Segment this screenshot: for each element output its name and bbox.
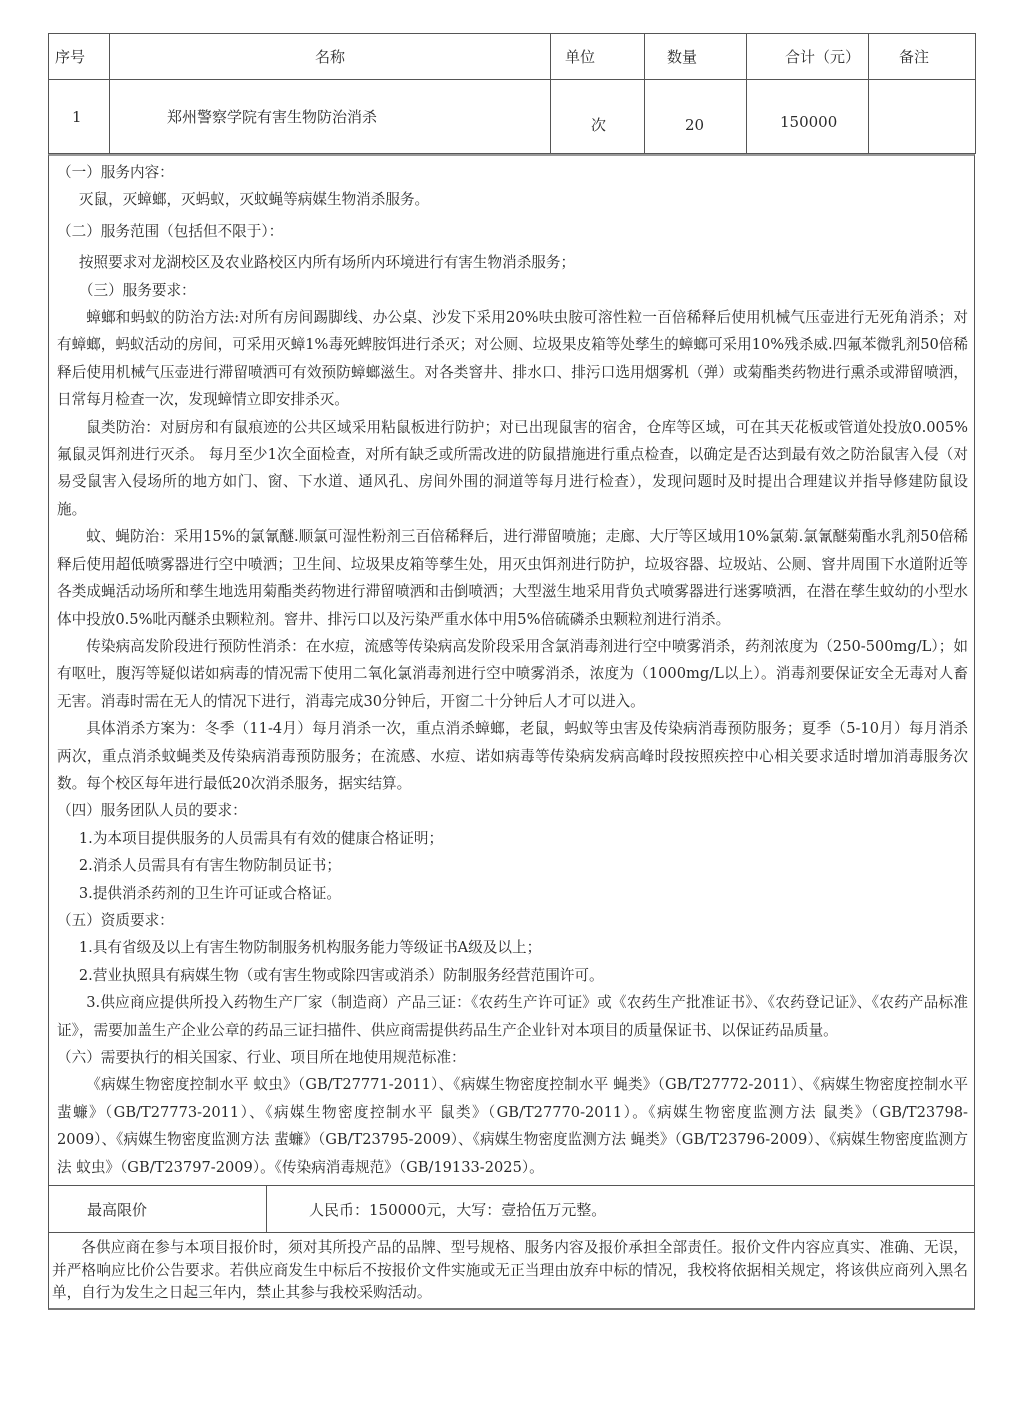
section-3-epidemic: 传染病高发阶段进行预防性消杀：在水痘，流感等传染病高发阶段采用含氯消毒剂进行空中… — [57, 633, 968, 715]
section-5-item: 2.营业执照具有病媒生物（或有害生物或除四害或消杀）防制服务经营范围许可。 — [57, 962, 968, 989]
section-2-text: 按照要求对龙湖校区及农业路校区内所有场所内环境进行有害生物消杀服务； — [57, 249, 968, 276]
table-row: 1 郑州警察学院有害生物防治消杀 次 20 150000 — [49, 80, 976, 154]
cell-name: 郑州警察学院有害生物防治消杀 — [110, 80, 551, 154]
section-4-item: 3.提供消杀药剂的卫生许可证或合格证。 — [57, 880, 968, 907]
cell-quantity: 20 — [645, 80, 747, 154]
section-4-item: 1.为本项目提供服务的人员需具有有效的健康合格证明； — [57, 825, 968, 852]
header-index: 序号 — [49, 34, 110, 80]
section-5-title: （五）资质要求： — [57, 907, 968, 934]
header-total: 合计（元） — [747, 34, 869, 80]
section-1-title: （一）服务内容： — [57, 159, 968, 186]
section-3-mosquito-fly: 蚊、蝇防治：采用15%的氯氰醚.顺氯可湿性粉剂三百倍稀释后，进行滞留喷施；走廊、… — [57, 523, 968, 633]
header-remark: 备注 — [869, 34, 976, 80]
service-details: （一）服务内容： 灭鼠，灭蟑螂，灭蚂蚁，灭蚊蝇等病媒生物消杀服务。 （二）服务范… — [48, 154, 975, 1185]
cell-index: 1 — [49, 80, 110, 154]
cell-total: 150000 — [747, 80, 869, 154]
header-unit: 单位 — [551, 34, 645, 80]
section-3-cockroach-ant: 蟑螂和蚂蚁的防治方法:对所有房间踢脚线、办公桌、沙发下采用20%呋虫胺可溶性粒一… — [57, 304, 968, 414]
section-4-title: （四）服务团队人员的要求： — [57, 797, 968, 824]
section-5-item: 3.供应商应提供所投入药物生产厂家（制造商）产品三证：《农药生产许可证》或《农药… — [57, 989, 968, 1044]
section-1-text: 灭鼠，灭蟑螂，灭蚂蚁，灭蚊蝇等病媒生物消杀服务。 — [57, 186, 968, 213]
table-header-row: 序号 名称 单位 数量 合计（元） 备注 — [49, 34, 976, 80]
section-3-rodent: 鼠类防治：对厨房和有鼠痕迹的公共区域采用粘鼠板进行防护；对已出现鼠害的宿舍，仓库… — [57, 414, 968, 524]
max-price-value: 人民币：150000元，大写：壹拾伍万元整。 — [267, 1186, 974, 1232]
max-price-row: 最高限价 人民币：150000元，大写：壹拾伍万元整。 — [48, 1185, 975, 1233]
cell-remark — [869, 80, 976, 154]
max-price-label: 最高限价 — [49, 1186, 267, 1232]
items-table: 序号 名称 单位 数量 合计（元） 备注 1 郑州警察学院有害生物防治消杀 次 … — [48, 33, 976, 154]
header-name: 名称 — [110, 34, 551, 80]
section-6-title: （六）需要执行的相关国家、行业、项目所在地使用规范标准： — [57, 1044, 968, 1071]
section-4-item: 2.消杀人员需具有有害生物防制员证书； — [57, 852, 968, 879]
procurement-document: 序号 名称 单位 数量 合计（元） 备注 1 郑州警察学院有害生物防治消杀 次 … — [48, 33, 975, 1310]
header-quantity: 数量 — [645, 34, 747, 80]
section-2-title: （二）服务范围（包括但不限于）： — [57, 218, 968, 245]
supplier-notice: 各供应商在参与本项目报价时，须对其所投产品的品牌、型号规格、服务内容及报价承担全… — [48, 1233, 975, 1310]
cell-unit: 次 — [551, 80, 645, 154]
section-3-schedule: 具体消杀方案为：冬季（11-4月）每月消杀一次，重点消杀蟑螂，老鼠，蚂蚁等虫害及… — [57, 715, 968, 797]
section-6-standards: 《病媒生物密度控制水平 蚊虫》（GB/T27771-2011）、《病媒生物密度控… — [57, 1071, 968, 1181]
section-3-title: （三）服务要求： — [57, 277, 968, 304]
section-5-item: 1.具有省级及以上有害生物防制服务机构服务能力等级证书A级及以上； — [57, 934, 968, 961]
